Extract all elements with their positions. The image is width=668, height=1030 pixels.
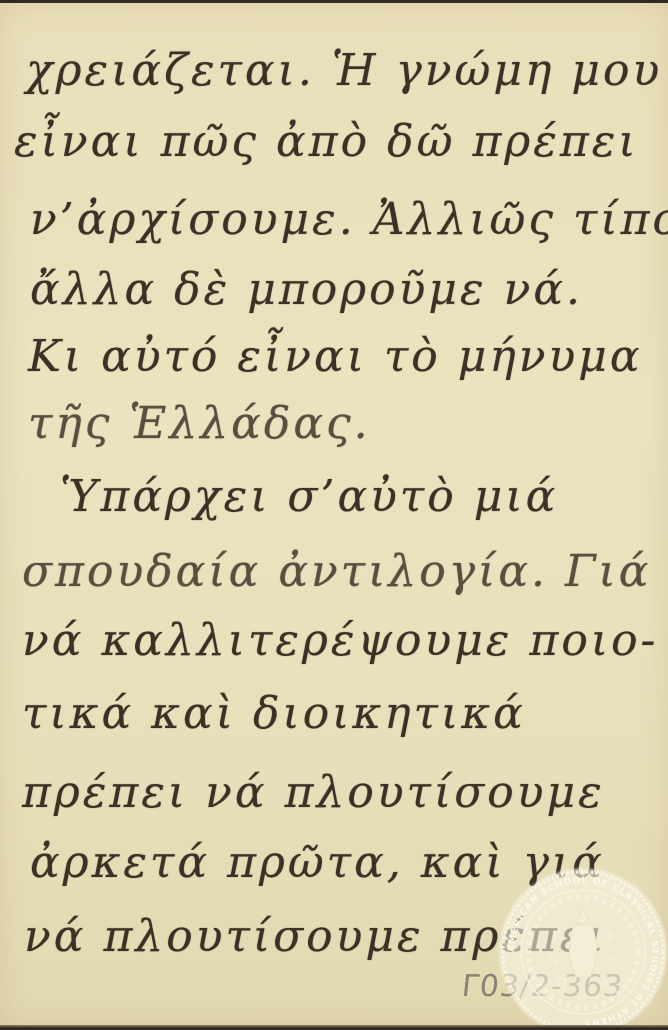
handwritten-line-4: ἄλλα δὲ μποροῦμε νά. bbox=[30, 264, 583, 315]
handwritten-line-1: χρειάζεται. Ἡ γνώμη μου bbox=[26, 45, 662, 96]
ascsa-embossed-seal-icon: Γ Φ Ν Λ Ο Α AMERICAN SCHOOL OF CLASSICAL… bbox=[500, 869, 666, 1027]
scan-bottom-edge bbox=[0, 1025, 668, 1030]
handwritten-line-8: σπουδαία ἀντιλογία. Γιά bbox=[22, 546, 652, 597]
svg-text:Φ: Φ bbox=[604, 930, 615, 945]
handwritten-line-11: πρέπει νά πλουτίσουμε bbox=[22, 767, 605, 818]
letter-page: χρειάζεται. Ἡ γνώμη μου εἶναι πῶς ἀπὸ δῶ… bbox=[0, 3, 668, 1027]
handwritten-line-3: ν’ἀρχίσουμε. Ἀλλιῶς τίποτα bbox=[30, 194, 668, 245]
svg-text:Ν: Ν bbox=[548, 954, 559, 969]
svg-text:Λ: Λ bbox=[605, 954, 616, 969]
svg-text:Ο: Ο bbox=[556, 976, 567, 991]
handwritten-line-10: τικά καὶ διοικητικά bbox=[22, 688, 526, 739]
handwritten-line-2: εἶναι πῶς ἀπὸ δῶ πρέπει bbox=[14, 116, 639, 167]
svg-text:Α: Α bbox=[599, 976, 610, 991]
handwritten-line-9: νά καλλιτερέψουμε ποιο- bbox=[22, 615, 658, 666]
handwritten-line-6: τῆς Ἑλλάδας. bbox=[28, 398, 371, 449]
svg-text:Γ: Γ bbox=[552, 930, 561, 945]
handwritten-line-7: Ὑπάρχει σ’αὐτὸ μιά bbox=[60, 471, 558, 522]
handwritten-line-5: Κι αὐτό εἶναι τὸ μήνυμα bbox=[28, 331, 643, 382]
